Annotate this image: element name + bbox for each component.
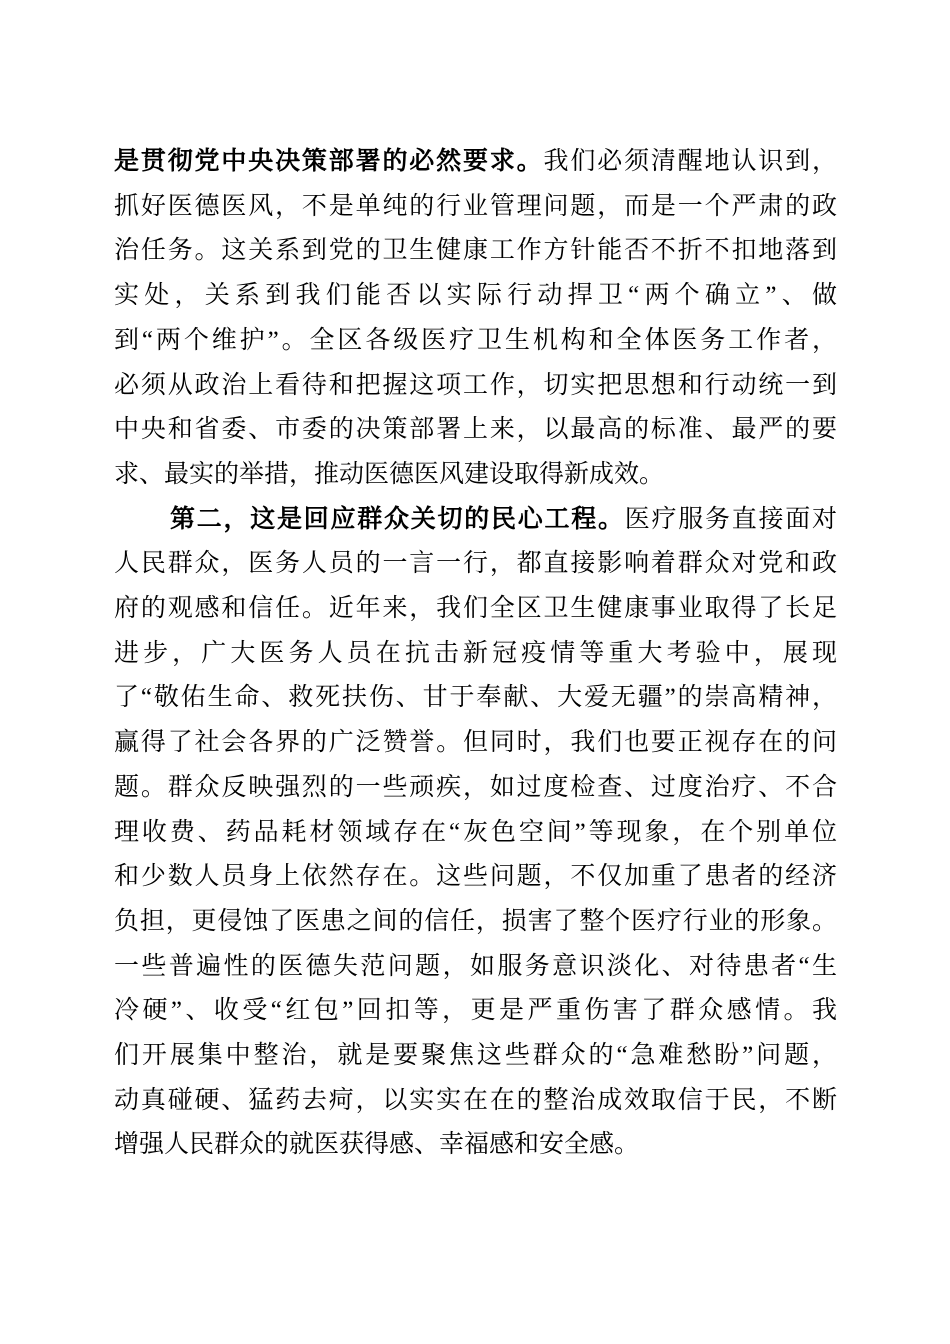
text-line: 了“敬佑生命、救死扶伤、甘于奉献、大爱无疆”的崇高精神， <box>114 676 837 721</box>
text-line: 抓好医德医风，不是单纯的行业管理问题，而是一个严肃的政 <box>114 185 837 230</box>
text-line: 进步，广大医务人员在抗击新冠疫情等重大考验中，展现 <box>114 632 837 677</box>
text-line: 题。群众反映强烈的一些顽疾，如过度检查、过度治疗、不合 <box>114 766 837 811</box>
text-line: 第二，这是回应群众关切的民心工程。医疗服务直接面对 <box>114 498 837 543</box>
text-line: 中央和省委、市委的决策部署上来，以最高的标准、最严的要 <box>114 408 837 453</box>
text-line: 动真碰硬、猛药去疴，以实实在在的整治成效取信于民，不断 <box>114 1079 837 1124</box>
text-line: 冷硬”、收受“红包”回扣等，更是严重伤害了群众感情。我 <box>114 989 837 1034</box>
text-line: 治任务。这关系到党的卫生健康工作方针能否不折不扣地落到 <box>114 229 837 274</box>
text-line: 赢得了社会各界的广泛赞誉。但同时，我们也要正视存在的问 <box>114 721 837 766</box>
paragraph-1-political-requirement: 是贯彻党中央决策部署的必然要求。我们必须清醒地认识到，抓好医德医风，不是单纯的行… <box>114 140 837 498</box>
text-line: 必须从政治上看待和把握这项工作，切实把思想和行动统一到 <box>114 364 837 409</box>
text-line: 是贯彻党中央决策部署的必然要求。我们必须清醒地认识到， <box>114 140 837 185</box>
text-line: 和少数人员身上依然存在。这些问题，不仅加重了患者的经济 <box>114 855 837 900</box>
text-line: 实处，关系到我们能否以实际行动捍卫“两个确立”、做 <box>114 274 837 319</box>
text-line: 们开展集中整治，就是要聚焦这些群众的“急难愁盼”问题， <box>114 1034 837 1079</box>
text-line: 人民群众，医务人员的一言一行，都直接影响着群众对党和政 <box>114 542 837 587</box>
text-line: 一些普遍性的医德失范问题，如服务意识淡化、对待患者“生 <box>114 945 837 990</box>
bold-lead-text: 是贯彻党中央决策部署的必然要求。 <box>114 148 544 175</box>
text-line: 增强人民群众的就医获得感、幸福感和安全感。 <box>114 1123 837 1168</box>
text-line: 到“两个维护”。全区各级医疗卫生机构和全体医务工作者， <box>114 319 837 364</box>
document-body: 是贯彻党中央决策部署的必然要求。我们必须清醒地认识到，抓好医德医风，不是单纯的行… <box>114 140 837 1168</box>
paragraph-2-peoples-concerns: 第二，这是回应群众关切的民心工程。医疗服务直接面对人民群众，医务人员的一言一行，… <box>114 498 837 1169</box>
bold-lead-text: 第二，这是回应群众关切的民心工程。 <box>170 506 625 533</box>
document-page: 是贯彻党中央决策部署的必然要求。我们必须清醒地认识到，抓好医德医风，不是单纯的行… <box>0 0 950 1344</box>
text-line: 理收费、药品耗材领域存在“灰色空间”等现象，在个别单位 <box>114 811 837 856</box>
text-line: 负担，更侵蚀了医患之间的信任，损害了整个医疗行业的形象。 <box>114 900 837 945</box>
text-line: 府的观感和信任。近年来，我们全区卫生健康事业取得了长足 <box>114 587 837 632</box>
text-line: 求、最实的举措，推动医德医风建设取得新成效。 <box>114 453 837 498</box>
